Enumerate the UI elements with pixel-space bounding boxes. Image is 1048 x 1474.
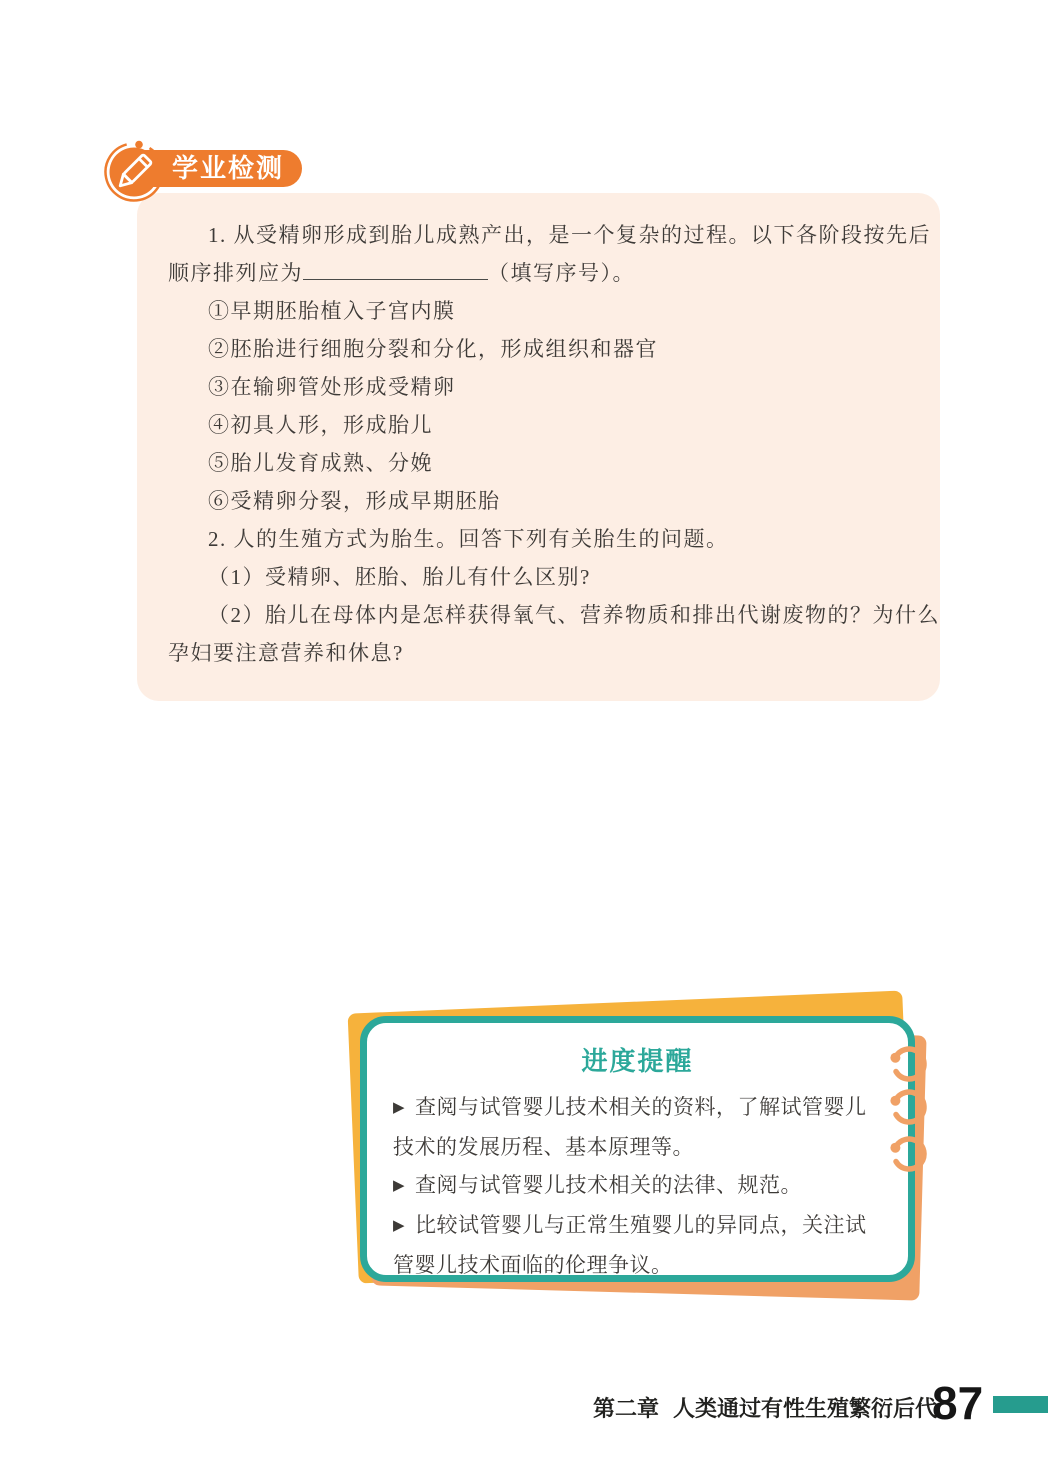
option-item-5: ⑤胎儿发育成熟、分娩: [168, 444, 910, 482]
progress-reminder-card: 进度提醒 ▶查阅与试管婴儿技术相关的资料，了解试管婴儿 技术的发展历程、基本原理…: [345, 998, 945, 1318]
q1-blank-suffix: （填写序号）。: [488, 261, 635, 285]
textbook-page: { "badge": { "title": "学业检测" }, "exercis…: [0, 0, 1048, 1474]
question-1-line-2: 顺序排列应为（填写序号）。: [168, 254, 910, 292]
coil-ring-icon: [888, 1131, 930, 1173]
reminder-text: 比较试管婴儿与正常生殖婴儿的异同点，关注试: [415, 1213, 867, 1237]
fill-in-blank: [303, 258, 488, 280]
exercise-panel: 1. 从受精卵形成到胎儿成熟产出，是一个复杂的过程。以下各阶段按先后 顺序排列应…: [137, 193, 940, 701]
question-2-sub-1: （1）受精卵、胚胎、胎儿有什么区别?: [168, 558, 910, 596]
bullet-arrow-icon: ▶: [393, 1098, 405, 1116]
reminder-line-2: 技术的发展历程、基本原理等。: [393, 1128, 882, 1166]
reminder-line-3: ▶查阅与试管婴儿技术相关的法律、规范。: [393, 1166, 882, 1206]
reminder-line-1: ▶查阅与试管婴儿技术相关的资料，了解试管婴儿: [393, 1088, 882, 1128]
reminder-text: 技术的发展历程、基本原理等。: [393, 1135, 694, 1159]
option-item-4: ④初具人形，形成胎儿: [168, 406, 910, 444]
footer-chapter: 第二章人类通过有性生殖繁衍后代: [593, 1392, 937, 1423]
option-item-2: ②胚胎进行细胞分裂和分化，形成组织和器官: [168, 330, 910, 368]
question-2: 2. 人的生殖方式为胎生。回答下列有关胎生的问题。: [168, 520, 910, 558]
bullet-arrow-icon: ▶: [393, 1176, 405, 1194]
coil-ring-icon: [888, 1041, 930, 1083]
question-2-sub-2-line-1: （2）胎儿在母体内是怎样获得氧气、营养物质和排出代谢废物的？为什么: [168, 596, 910, 634]
coil-ring-icon: [888, 1084, 930, 1126]
badge-title: 学业检测: [172, 153, 284, 183]
reminder-title: 进度提醒: [367, 1041, 908, 1078]
bullet-arrow-icon: ▶: [393, 1216, 405, 1234]
question-2-sub-2-line-2: 孕妇要注意营养和休息?: [168, 634, 910, 672]
page-number: 87: [932, 1376, 983, 1430]
footer-accent-bar: [993, 1396, 1048, 1413]
option-item-1: ①早期胚胎植入子宫内膜: [168, 292, 910, 330]
reminder-text: 查阅与试管婴儿技术相关的资料，了解试管婴儿: [415, 1095, 867, 1119]
question-1-line-1: 1. 从受精卵形成到胎儿成熟产出，是一个复杂的过程。以下各阶段按先后: [168, 216, 910, 254]
chapter-label: 第二章: [593, 1396, 659, 1421]
q1-blank-prefix: 顺序排列应为: [168, 261, 303, 285]
pencil-icon: [102, 140, 166, 204]
reminder-lines: ▶查阅与试管婴儿技术相关的资料，了解试管婴儿 技术的发展历程、基本原理等。 ▶查…: [367, 1088, 908, 1282]
reminder-card-body: 进度提醒 ▶查阅与试管婴儿技术相关的资料，了解试管婴儿 技术的发展历程、基本原理…: [360, 1016, 915, 1282]
chapter-title: 人类通过有性生殖繁衍后代: [673, 1396, 937, 1421]
reminder-text: 查阅与试管婴儿技术相关的法律、规范。: [415, 1173, 802, 1197]
reminder-line-4: ▶比较试管婴儿与正常生殖婴儿的异同点，关注试: [393, 1206, 882, 1246]
reminder-line-5: 管婴儿技术面临的伦理争议。: [393, 1246, 882, 1282]
option-item-3: ③在输卵管处形成受精卵: [168, 368, 910, 406]
reminder-text: 管婴儿技术面临的伦理争议。: [393, 1253, 673, 1277]
option-item-6: ⑥受精卵分裂，形成早期胚胎: [168, 482, 910, 520]
